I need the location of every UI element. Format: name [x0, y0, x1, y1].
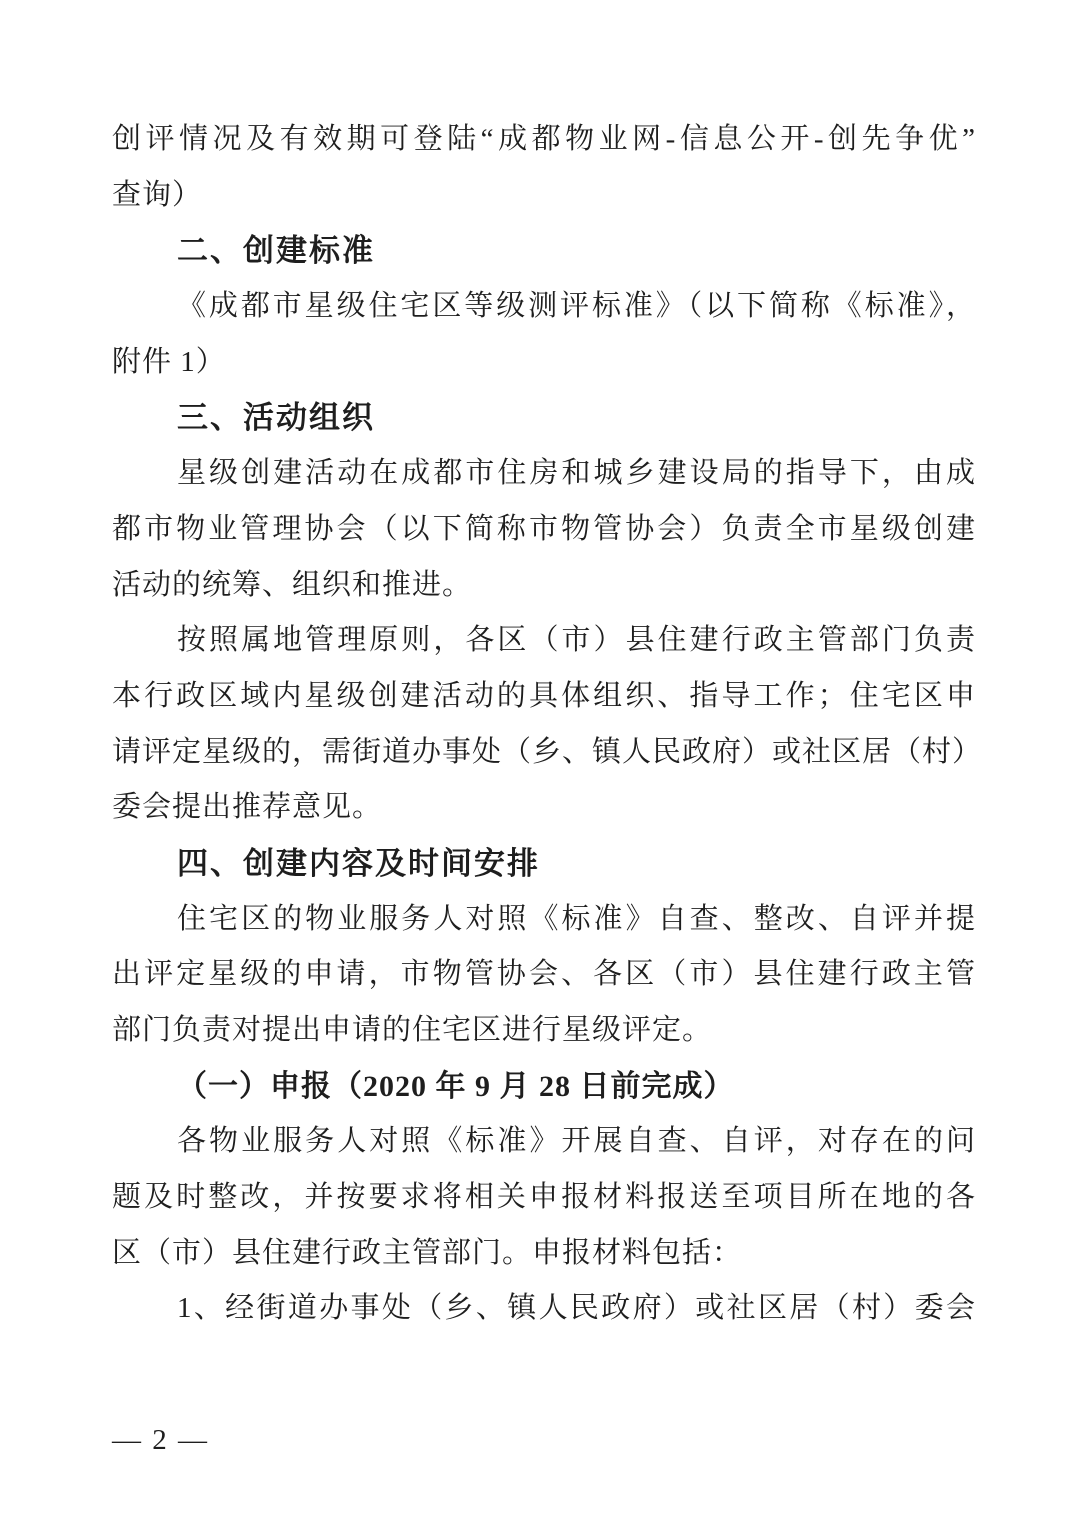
doc-line: 按照属地管理原则，各区（市）县住建行政主管部门负责: [112, 613, 976, 669]
doc-line: 附件 1）: [112, 335, 976, 391]
doc-line: 各物业服务人对照《标准》开展自查、自评，对存在的问: [112, 1114, 976, 1170]
document-page: 创评情况及有效期可登陆“成都物业网-信息公开-创先争优” 查询） 二、创建标准 …: [0, 0, 1080, 1527]
doc-line: 题及时整改，并按要求将相关申报材料报送至项目所在地的各: [112, 1170, 976, 1226]
doc-line: 1、经街道办事处（乡、镇人民政府）或社区居（村）委会: [112, 1281, 976, 1337]
doc-line: 住宅区的物业服务人对照《标准》自查、整改、自评并提: [112, 892, 976, 948]
doc-line: 委会提出推荐意见。: [112, 780, 976, 836]
doc-line: 活动的统筹、组织和推进。: [112, 558, 976, 614]
doc-line: 都市物业管理协会（以下简称市物管协会）负责全市星级创建: [112, 502, 976, 558]
doc-line: 本行政区域内星级创建活动的具体组织、指导工作；住宅区申: [112, 669, 976, 725]
doc-line: 查询）: [112, 168, 976, 224]
doc-line: 创评情况及有效期可登陆“成都物业网-信息公开-创先争优”: [112, 112, 976, 168]
document-body: 创评情况及有效期可登陆“成都物业网-信息公开-创先争优” 查询） 二、创建标准 …: [112, 112, 976, 1337]
page-number: — 2 —: [112, 1412, 209, 1468]
subsection-heading-1: （一）申报（2020 年 9 月 28 日前完成）: [112, 1059, 976, 1115]
doc-line: 出评定星级的申请，市物管协会、各区（市）县住建行政主管: [112, 947, 976, 1003]
doc-line: 部门负责对提出申请的住宅区进行星级评定。: [112, 1003, 976, 1059]
doc-line: 星级创建活动在成都市住房和城乡建设局的指导下，由成: [112, 446, 976, 502]
section-heading-4: 四、创建内容及时间安排: [112, 836, 976, 892]
section-heading-2: 二、创建标准: [112, 223, 976, 279]
doc-line: 《成都市星级住宅区等级测评标准》（以下简称《标准》，: [112, 279, 976, 335]
section-heading-3: 三、活动组织: [112, 390, 976, 446]
doc-line: 区（市）县住建行政主管部门。申报材料包括：: [112, 1226, 976, 1282]
doc-line: 请评定星级的，需街道办事处（乡、镇人民政府）或社区居（村）: [112, 725, 976, 781]
